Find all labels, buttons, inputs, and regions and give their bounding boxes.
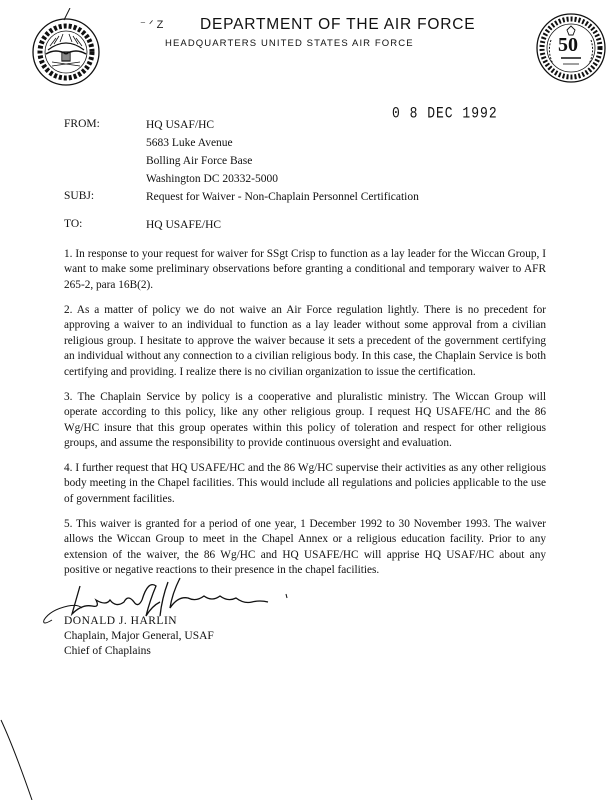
anniversary-seal-number: 50 [558, 34, 578, 57]
paragraph-4: 4. I further request that HQ USAFE/HC an… [64, 461, 546, 507]
to-label: TO: [64, 218, 82, 230]
subject-text: Request for Waiver - Non-Chaplain Person… [146, 188, 419, 206]
date-stamp: 0 8 DEC 1992 [392, 105, 498, 123]
from-line: Bolling Air Force Base [146, 152, 278, 170]
from-line: 5683 Luke Avenue [146, 134, 278, 152]
signatory-title: Chaplain, Major General, USAF [64, 629, 214, 644]
department-of-defense-seal [30, 8, 102, 88]
signatory-office: Chief of Chaplains [64, 644, 214, 659]
from-address: HQ USAF/HC 5683 Luke Avenue Bolling Air … [146, 116, 278, 188]
paragraph-2: 2. As a matter of policy we do not waive… [64, 303, 546, 380]
paragraph-5: 5. This waiver is granted for a period o… [64, 517, 546, 579]
scan-artifact-line [0, 718, 40, 800]
signature-block: DONALD J. HARLIN Chaplain, Major General… [64, 614, 214, 659]
signatory-name: DONALD J. HARLIN [64, 614, 214, 629]
from-line: HQ USAF/HC [146, 116, 278, 134]
letterhead-mark: ⁻ ᐟ Z [140, 18, 163, 31]
from-line: Washington DC 20332-5000 [146, 170, 278, 188]
paragraph-1: 1. In response to your request for waive… [64, 247, 546, 293]
dod-seal-icon [30, 8, 102, 88]
headquarters-subtitle: HEADQUARTERS UNITED STATES AIR FORCE [165, 38, 414, 49]
subject-label: SUBJ: [64, 190, 94, 202]
anniversary-seal: 50 [533, 8, 609, 88]
department-title: DEPARTMENT OF THE AIR FORCE [200, 16, 475, 34]
from-label: FROM: [64, 118, 100, 130]
paragraph-3: 3. The Chaplain Service by policy is a c… [64, 390, 546, 452]
to-text: HQ USAFE/HC [146, 216, 221, 234]
